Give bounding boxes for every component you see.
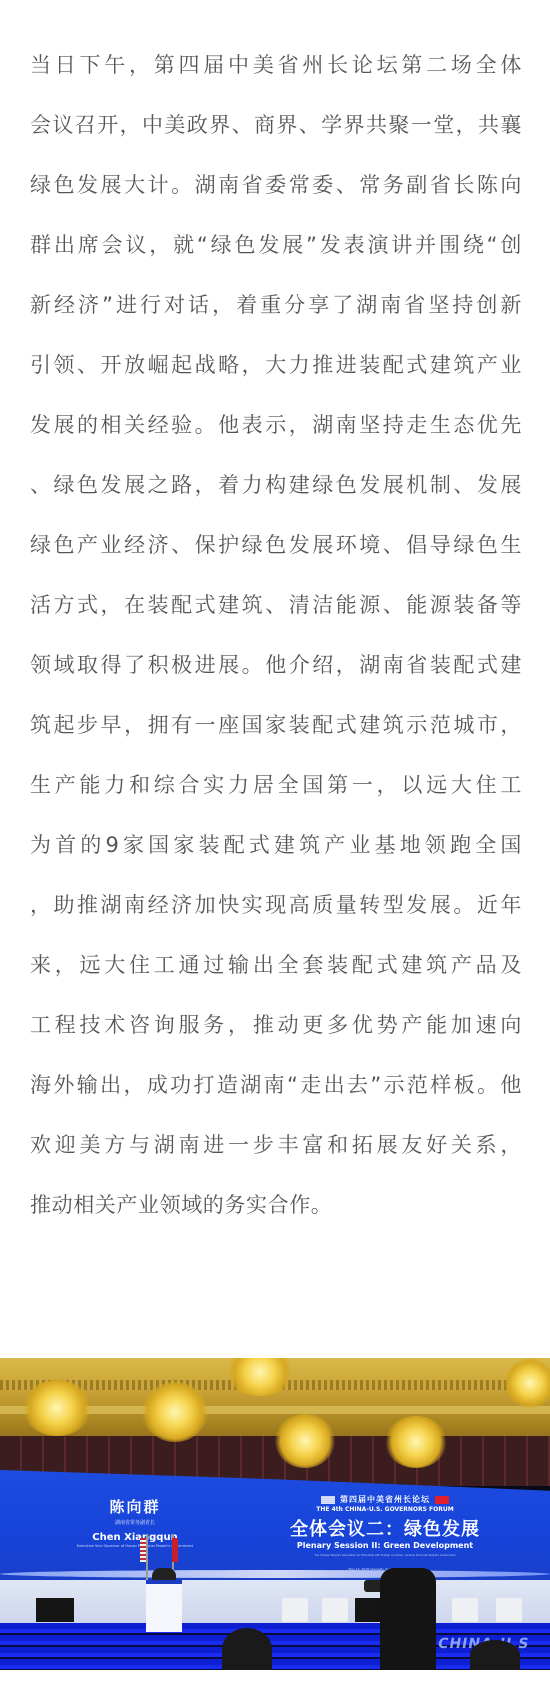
article-line: 为首的9家国家装配式建筑产业基地领跑全国 [30, 815, 522, 875]
chandelier-icon [142, 1382, 208, 1442]
article-line: 筑起步早，拥有一座国家装配式建筑示范城市， [30, 695, 522, 755]
article-line: 、绿色发展之路，着力构建绿色发展机制、发展 [30, 455, 522, 515]
forum-banner: 第四届中美省州长论坛 THE 4th CHINA-U.S. GOVERNORS … [285, 1494, 485, 1571]
photographer [380, 1568, 436, 1670]
us-flag-icon [321, 1496, 335, 1504]
organizers: The Chinese People's Association for Fri… [285, 1554, 485, 1557]
article-line: 引领、开放崛起战略，大力推进装配式建筑产业 [30, 335, 522, 395]
armchair [452, 1598, 478, 1622]
article-body: 当日下午，第四届中美省州长论坛第二场全体 会议召开，中美政界、商界、学界共聚一堂… [30, 35, 522, 1235]
forum-title-cn: 第四届中美省州长论坛 [340, 1494, 430, 1505]
article-line: 领域取得了积极进展。他介绍，湖南省装配式建 [30, 635, 522, 695]
article-line: 绿色发展大计。湖南省委常委、常务副省长陈向 [30, 155, 522, 215]
audience-head [222, 1628, 272, 1670]
speaker-name-cn: 陈向群 [70, 1496, 200, 1517]
speaker-name-en: Chen Xiangqun [70, 1532, 200, 1543]
article-line: 欢迎美方与湖南进一步丰富和拓展友好关系， [30, 1115, 522, 1175]
us-flag-icon [140, 1538, 146, 1562]
article-line: 工程技术咨询服务，推动更多优势产能加速向 [30, 995, 522, 1055]
session-title-cn: 全体会议二：绿色发展 [285, 1515, 485, 1541]
article-line: 活方式，在装配式建筑、清洁能源、能源装备等 [30, 575, 522, 635]
article-line: 发展的相关经验。他表示，湖南坚持走生态优先 [30, 395, 522, 455]
screen-light-curve [0, 1570, 550, 1578]
speaker-caption: 陈向群 湖南省常务副省长 Chen Xiangqun Executive Vic… [70, 1496, 200, 1548]
article-line: 生产能力和综合实力居全国第一，以远大住工 [30, 755, 522, 815]
chandelier-icon [505, 1358, 550, 1408]
article-line: 当日下午，第四届中美省州长论坛第二场全体 [30, 35, 522, 95]
article-line: 会议召开，中美政界、商界、学界共聚一堂，共襄 [30, 95, 522, 155]
forum-title-en: THE 4th CHINA-U.S. GOVERNORS FORUM [285, 1506, 485, 1513]
article-line: 绿色产业经济、保护绿色发展环境、倡导绿色生 [30, 515, 522, 575]
forum-photo: 陈向群 湖南省常务副省长 Chen Xiangqun Executive Vic… [0, 1358, 550, 1670]
chandelier-icon [22, 1380, 92, 1436]
session-title-en: Plenary Session II: Green Development [285, 1541, 485, 1550]
china-flag-icon [172, 1538, 178, 1562]
article-line: 新经济”进行对话，着重分享了湖南省坚持创新 [30, 275, 522, 335]
armchair [496, 1598, 522, 1622]
flag-pole [146, 1534, 148, 1584]
article-line: 来，远大住工通过输出全套装配式建筑产品及 [30, 935, 522, 995]
armchair [322, 1598, 348, 1622]
china-flag-icon [435, 1496, 449, 1504]
article-line: 推动相关产业领域的务实合作。 [30, 1175, 522, 1235]
audience-head [470, 1640, 520, 1670]
speaker-title-en: Executive Vice Governor of Hunan Provinc… [70, 1544, 200, 1548]
armchair [282, 1598, 308, 1622]
article-line: ，助推湖南经济加快实现高质量转型发展。近年 [30, 875, 522, 935]
chandelier-icon [385, 1416, 447, 1468]
podium [146, 1580, 182, 1632]
chandelier-icon [275, 1414, 335, 1468]
speaker-title-cn: 湖南省常务副省长 [70, 1519, 200, 1526]
article-line: 海外输出，成功打造湖南“走出去”示范样板。他 [30, 1055, 522, 1115]
article-line: 群出席会议，就“绿色发展”发表演讲并围绕“创 [30, 215, 522, 275]
stage-monitor [36, 1598, 74, 1622]
